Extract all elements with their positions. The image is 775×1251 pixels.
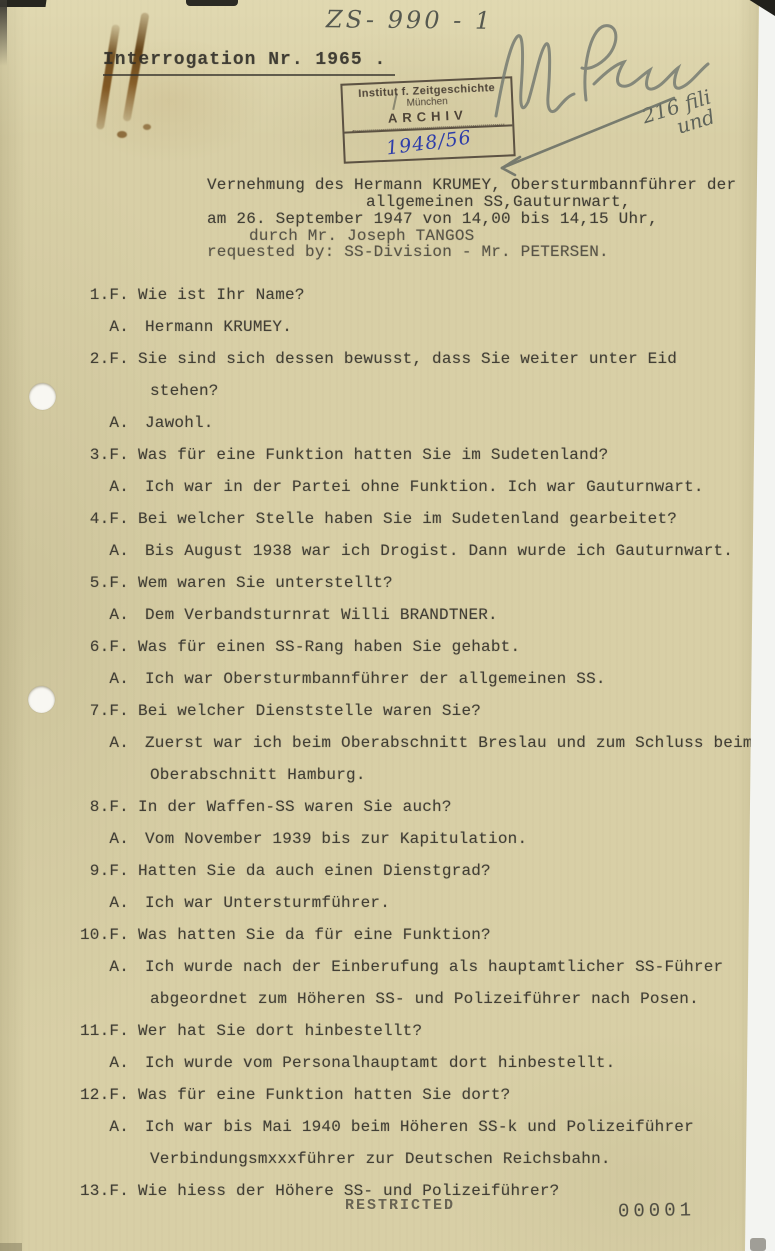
page-number-stamp: 00001	[618, 1199, 695, 1222]
scan-edge-artifact	[186, 0, 238, 6]
answer-line-continued: Oberabschnitt Hamburg.	[75, 759, 767, 791]
header-line-1: Vernehmung des Hermann KRUMEY, Obersturm…	[207, 176, 736, 194]
question-line: 10.F.Was hatten Sie da für eine Funktion…	[75, 919, 767, 951]
question-line: 2.F.Sie sind sich dessen bewusst, dass S…	[75, 343, 767, 375]
paper-sheet: ZS- 990 - 1 Interrogation Nr. 1965 . Ins…	[0, 0, 775, 1251]
answer-line: A.Ich wurde vom Personalhauptamt dort hi…	[75, 1047, 767, 1079]
rust-spot	[143, 124, 151, 130]
answer-line: A.Ich war in der Partei ohne Funktion. I…	[75, 471, 767, 503]
header-line-2: allgemeinen SS,Gauturnwart,	[366, 193, 631, 211]
scan-edge-artifact	[0, 1243, 22, 1251]
document-title: Interrogation Nr. 1965 .	[103, 50, 395, 76]
archive-code-annotation: ZS- 990 - 1	[326, 5, 493, 34]
question-line: 1.F.Wie ist Ihr Name?	[75, 279, 767, 311]
answer-line: A.Zuerst war ich beim Oberabschnitt Bres…	[75, 727, 767, 759]
question-line: 9.F.Hatten Sie da auch einen Dienstgrad?	[75, 855, 767, 887]
question-line: 11.F.Wer hat Sie dort hinbestellt?	[75, 1015, 767, 1047]
answer-line: A.Ich war Untersturmführer.	[75, 887, 767, 919]
rust-streak	[96, 24, 120, 130]
answer-line: A.Dem Verbandsturnrat Willi BRANDTNER.	[75, 599, 767, 631]
scanned-document: ZS- 990 - 1 Interrogation Nr. 1965 . Ins…	[0, 0, 775, 1251]
answer-line: A.Ich war Obersturmbannführer der allgem…	[75, 663, 767, 695]
answer-line: A.Ich war bis Mai 1940 beim Höheren SS-k…	[75, 1111, 767, 1143]
answer-line-continued: Verbindungsmxxxführer zur Deutschen Reic…	[75, 1143, 767, 1175]
document-title-text: Interrogation Nr. 1965 .	[103, 50, 386, 70]
question-line: 3.F.Was für eine Funktion hatten Sie im …	[75, 439, 767, 471]
question-line: 4.F.Bei welcher Stelle haben Sie im Sude…	[75, 503, 767, 535]
answer-line: A.Jawohl.	[75, 407, 767, 439]
question-line: 12.F.Was für eine Funktion hatten Sie do…	[75, 1079, 767, 1111]
question-line: 6.F.Was für einen SS-Rang haben Sie geha…	[75, 631, 767, 663]
question-line-continued: stehen?	[75, 375, 767, 407]
question-line: 8.F.In der Waffen-SS waren Sie auch?	[75, 791, 767, 823]
answer-line: A.Hermann KRUMEY.	[75, 311, 767, 343]
question-line: 7.F.Bei welcher Dienststelle waren Sie?	[75, 695, 767, 727]
header-line-5: requested by: SS-Division - Mr. PETERSEN…	[207, 243, 609, 261]
scan-edge-artifact	[0, 0, 7, 66]
question-line: 5.F.Wem waren Sie unterstellt?	[75, 567, 767, 599]
rust-spot	[117, 131, 127, 138]
arrow-annotation-icon	[478, 88, 688, 180]
scan-edge-artifact	[750, 1238, 766, 1251]
hole-punch	[29, 383, 56, 410]
answer-line: A.Bis August 1938 war ich Drogist. Dann …	[75, 535, 767, 567]
interrogation-transcript: 1.F.Wie ist Ihr Name? A.Hermann KRUMEY. …	[75, 279, 767, 1207]
header-line-3: am 26. September 1947 von 14,00 bis 14,1…	[207, 210, 658, 228]
paper-edge-shadow	[737, 0, 767, 1251]
answer-line: A.Ich wurde nach der Einberufung als hau…	[75, 951, 767, 983]
answer-line: A.Vom November 1939 bis zur Kapitulation…	[75, 823, 767, 855]
hole-punch	[28, 686, 55, 713]
answer-line-continued: abgeordnet zum Höheren SS- und Polizeifü…	[75, 983, 767, 1015]
classification-marking: RESTRICTED	[345, 1197, 455, 1214]
stamp-number-handwritten: 1948/56	[385, 126, 473, 159]
